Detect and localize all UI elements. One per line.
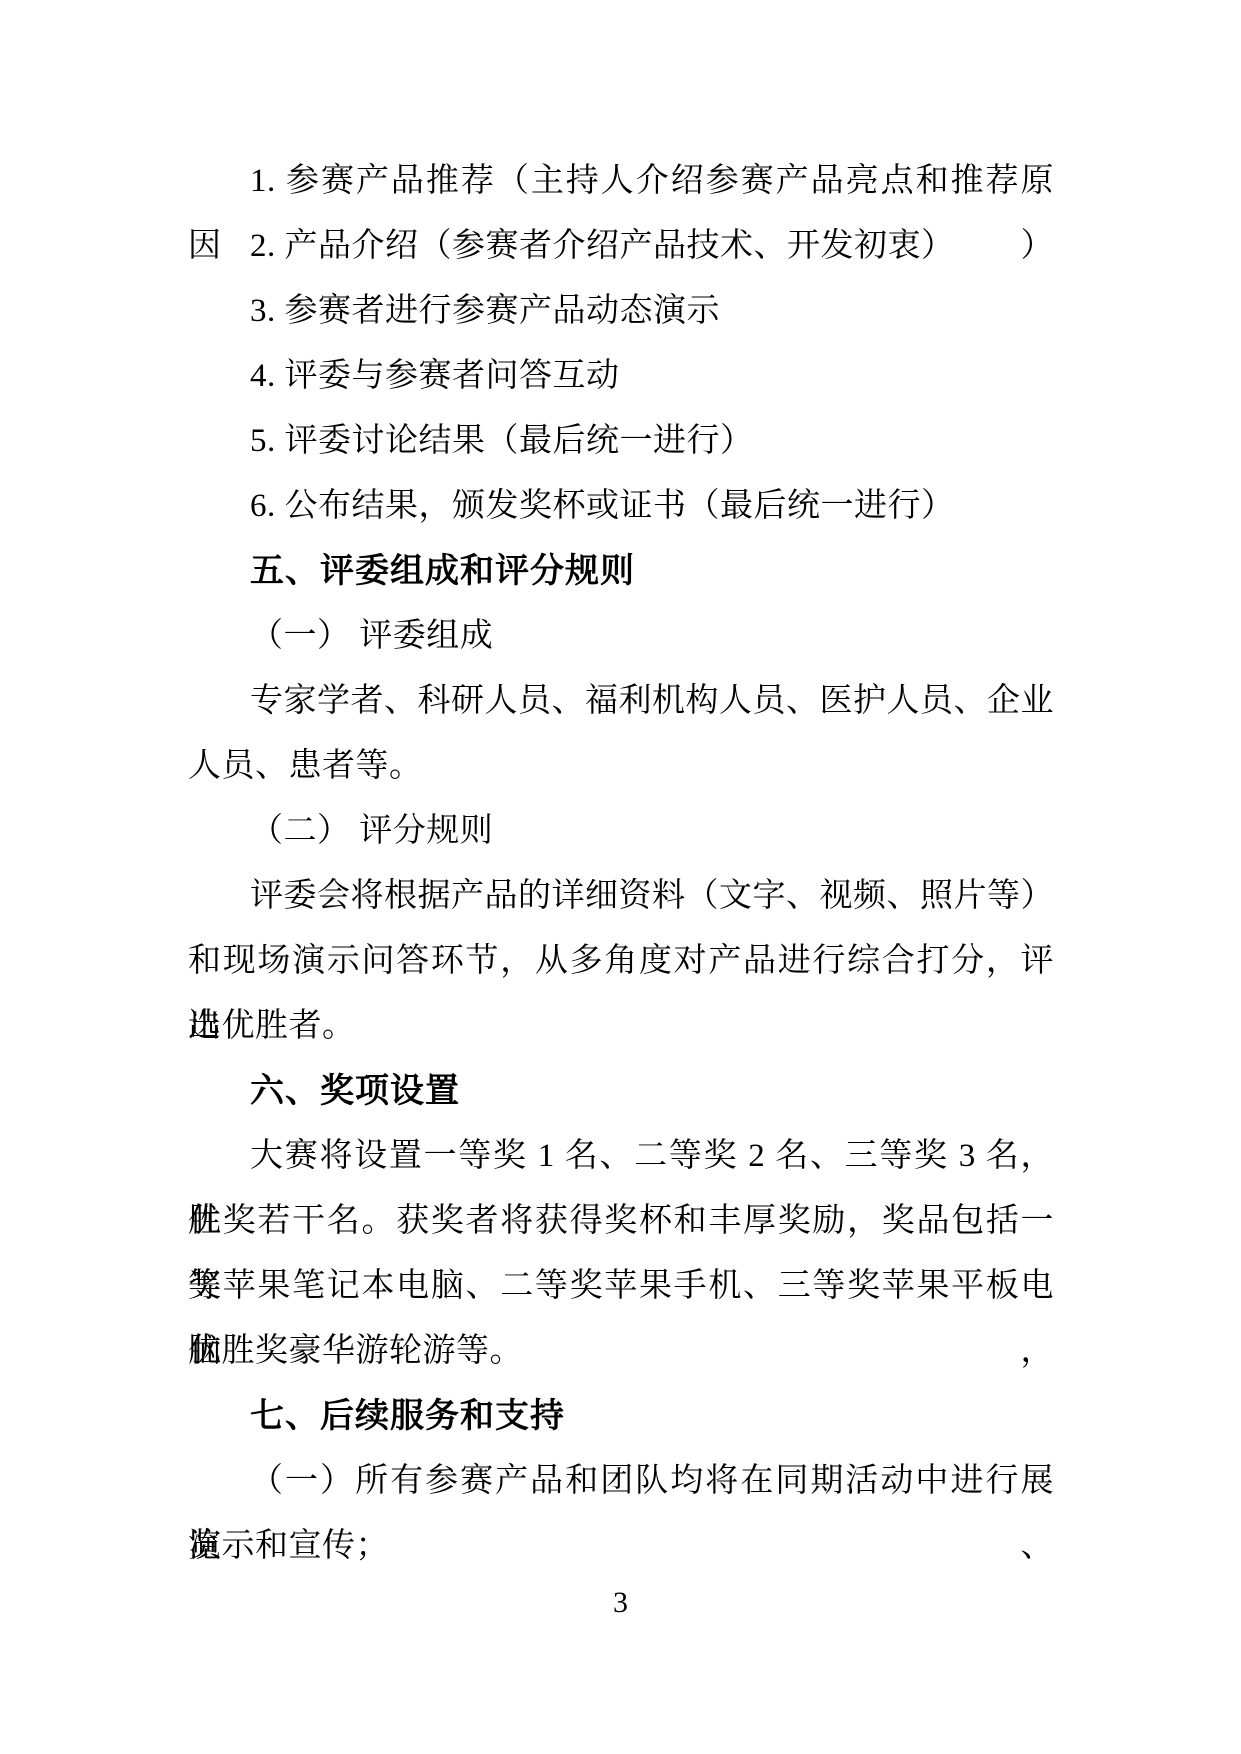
subsection-label: （一） 评委组成 bbox=[188, 604, 1054, 669]
paragraph-line: 奖苹果笔记本电脑、二等奖苹果手机、三等奖苹果平板电脑， bbox=[188, 1254, 1054, 1319]
paragraph-line: 专家学者、科研人员、福利机构人员、医护人员、企业 bbox=[188, 669, 1054, 734]
list-item: 2. 产品介绍（参赛者介绍产品技术、开发初衷） bbox=[188, 214, 1054, 279]
paragraph-line: 评委会将根据产品的详细资料（文字、视频、照片等） bbox=[188, 864, 1054, 929]
subsection-label: （二） 评分规则 bbox=[188, 799, 1054, 864]
paragraph-line: 和现场演示问答环节，从多角度对产品进行综合打分，评选 bbox=[188, 929, 1054, 994]
page-number: 3 bbox=[0, 1583, 1241, 1623]
list-item: 3. 参赛者进行参赛产品动态演示 bbox=[188, 279, 1054, 344]
section-heading: 五、评委组成和评分规则 bbox=[188, 539, 1054, 604]
list-item: 5. 评委讨论结果（最后统一进行） bbox=[188, 409, 1054, 474]
list-item: 4. 评委与参赛者问答互动 bbox=[188, 344, 1054, 409]
section-heading: 七、后续服务和支持 bbox=[188, 1384, 1054, 1449]
list-item: 6. 公布结果，颁发奖杯或证书（最后统一进行） bbox=[188, 474, 1054, 539]
paragraph-line: 大赛将设置一等奖 1 名、二等奖 2 名、三等奖 3 名，优 bbox=[188, 1124, 1054, 1189]
paragraph-line: 出优胜者。 bbox=[188, 994, 1054, 1059]
list-item: 1. 参赛产品推荐（主持人介绍参赛产品亮点和推荐原因） bbox=[188, 149, 1054, 214]
document-page: 1. 参赛产品推荐（主持人介绍参赛产品亮点和推荐原因）2. 产品介绍（参赛者介绍… bbox=[0, 0, 1241, 1754]
paragraph-line: （一）所有参赛产品和团队均将在同期活动中进行展览、 bbox=[188, 1449, 1054, 1514]
paragraph-line: 胜奖若干名。获奖者将获得奖杯和丰厚奖励，奖品包括一等 bbox=[188, 1189, 1054, 1254]
section-heading: 六、奖项设置 bbox=[188, 1059, 1054, 1124]
paragraph-line: 人员、患者等。 bbox=[188, 734, 1054, 799]
document-body: 1. 参赛产品推荐（主持人介绍参赛产品亮点和推荐原因）2. 产品介绍（参赛者介绍… bbox=[188, 149, 1054, 1579]
